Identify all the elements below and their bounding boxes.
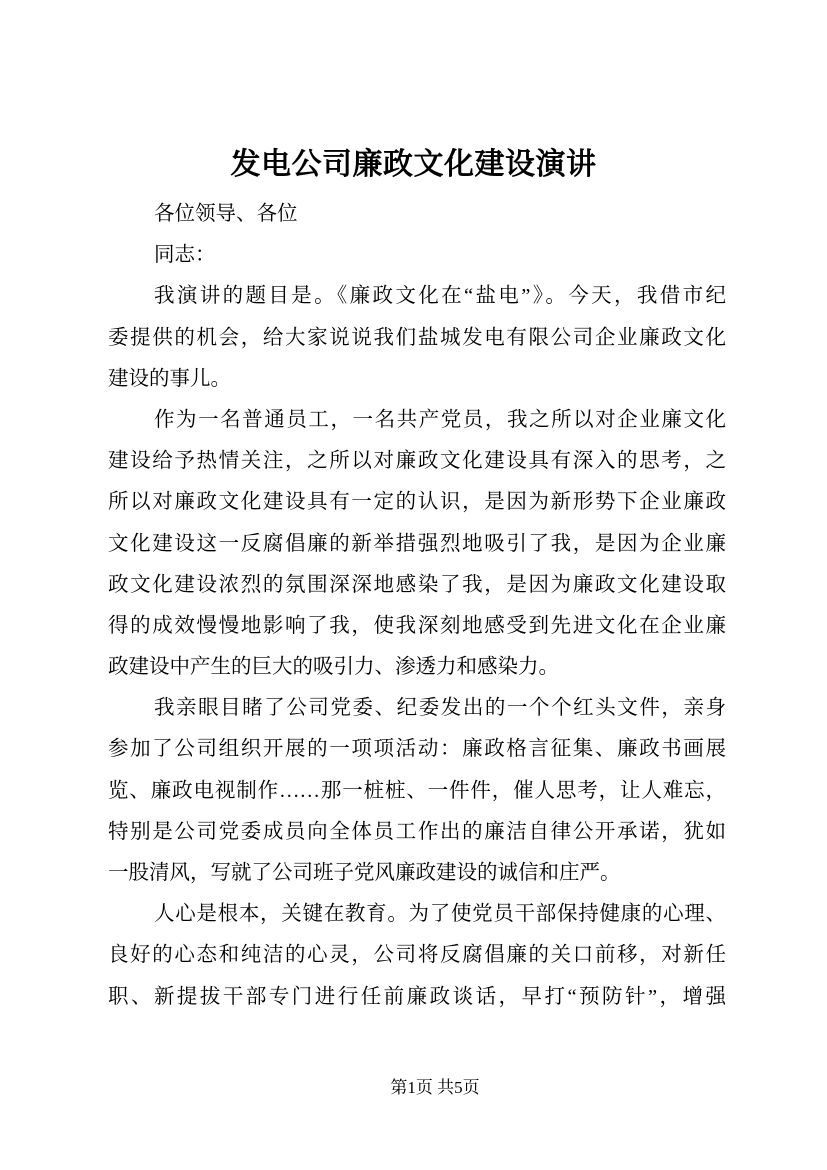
text-line: 参加了公司组织开展的一项项活动：廉政格言征集、廉政书画展 <box>108 729 726 770</box>
paragraph: 人心是根本，关键在教育。为了使党员干部保持健康的心理、良好的心态和纯洁的心灵，公… <box>108 894 726 1018</box>
page-footer: 第1页 共5页 <box>390 1076 479 1100</box>
text-line: 各位领导、各位 <box>108 194 726 235</box>
text-line: 委提供的机会，给大家说说我们盐城发电有限公司企业廉政文化 <box>108 318 726 359</box>
text-line: 人心是根本，关键在教育。为了使党员干部保持健康的心理、 <box>108 894 726 935</box>
text-line: 政文化建设浓烈的氛围深深地感染了我，是因为廉政文化建设取 <box>108 565 726 606</box>
paragraph: 我亲眼目睹了公司党委、纪委发出的一个个红头文件，亲身参加了公司组织开展的一项项活… <box>108 688 726 894</box>
text-line: 我演讲的题目是。《廉政文化在“盐电”》。今天，我借市纪 <box>108 276 726 317</box>
paragraph: 作为一名普通员工，一名共产党员，我之所以对企业廉文化建设给予热情关注，之所以对廉… <box>108 400 726 688</box>
paragraph: 同志： <box>108 235 726 276</box>
page-number-label: 第1页 共5页 <box>390 1078 479 1097</box>
text-line: 我亲眼目睹了公司党委、纪委发出的一个个红头文件，亲身 <box>108 688 726 729</box>
text-line: 良好的心态和纯洁的心灵，公司将反腐倡廉的关口前移，对新任 <box>108 935 726 976</box>
text-line: 一股清风，写就了公司班子党风廉政建设的诚信和庄严。 <box>108 853 726 894</box>
document-title: 发电公司廉政文化建设演讲 <box>0 144 827 186</box>
text-line: 文化建设这一反腐倡廉的新举措强烈地吸引了我，是因为企业廉 <box>108 524 726 565</box>
document-body: 各位领导、各位同志：我演讲的题目是。《廉政文化在“盐电”》。今天，我借市纪委提供… <box>108 194 726 1018</box>
text-line: 所以对廉政文化建设具有一定的认识，是因为新形势下企业廉政 <box>108 482 726 523</box>
text-line: 建设的事儿。 <box>108 359 726 400</box>
text-line: 同志： <box>108 235 726 276</box>
text-line: 特别是公司党委成员向全体员工作出的廉洁自律公开承诺，犹如 <box>108 812 726 853</box>
document-page: 发电公司廉政文化建设演讲 各位领导、各位同志：我演讲的题目是。《廉政文化在“盐电… <box>0 0 827 1170</box>
paragraph: 各位领导、各位 <box>108 194 726 235</box>
paragraph: 我演讲的题目是。《廉政文化在“盐电”》。今天，我借市纪委提供的机会，给大家说说我… <box>108 276 726 400</box>
text-line: 建设给予热情关注，之所以对廉政文化建设具有深入的思考，之 <box>108 441 726 482</box>
text-line: 职、新提拔干部专门进行任前廉政谈话，早打“预防针”，增强 <box>108 977 726 1018</box>
text-line: 得的成效慢慢地影响了我，使我深刻地感受到先进文化在企业廉 <box>108 606 726 647</box>
text-line: 览、廉政电视制作……那一桩桩、一件件，催人思考，让人难忘， <box>108 771 726 812</box>
text-line: 政建设中产生的巨大的吸引力、渗透力和感染力。 <box>108 647 726 688</box>
text-line: 作为一名普通员工，一名共产党员，我之所以对企业廉文化 <box>108 400 726 441</box>
